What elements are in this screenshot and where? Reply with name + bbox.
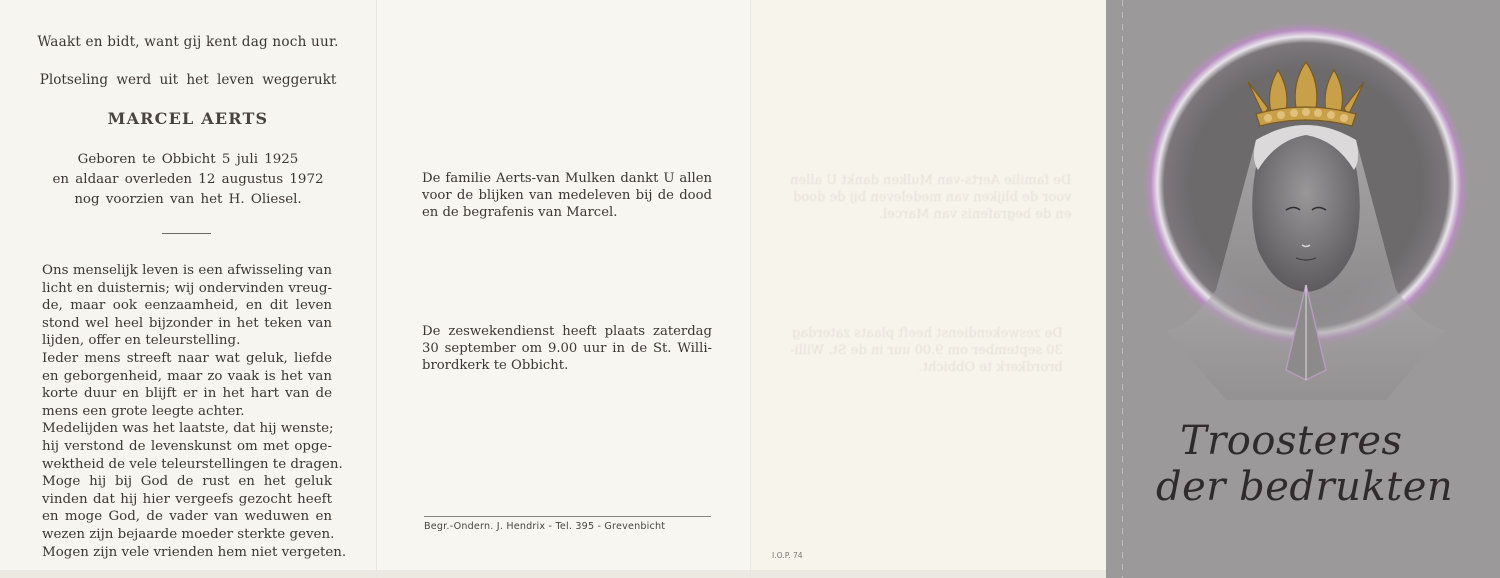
verse-line: hij verstond de levenskunst om met opge- (42, 438, 332, 456)
fold-line (376, 0, 377, 578)
service-line: 30 september om 9.00 uur in de St. Willi… (422, 340, 712, 357)
footer-rule (424, 516, 711, 517)
scan-edge (0, 570, 1106, 578)
verse-line: de, maar ook eenzaamheid, en dit leven (42, 297, 332, 315)
verse-line: wezen zijn bejaarde moeder sterkte geven… (42, 526, 332, 544)
verse-line: Medelijden was het laatste, dat hij wens… (42, 420, 332, 438)
verse-line: mens een grote leegte achter. (42, 403, 332, 421)
verse-line: licht en duisternis; wij ondervinden vre… (42, 280, 332, 298)
printer-mark: I.O.P. 74 (772, 551, 803, 560)
sacrament-line: nog voorzien van het H. Oliesel. (0, 190, 376, 210)
verse-line: korte duur en blijft er in het hart van … (42, 385, 332, 403)
verse-line: Mogen zijn vele vrienden hem niet verget… (42, 544, 332, 562)
verse-line: vinden dat hij hier vergeefs gezocht hee… (42, 491, 332, 509)
verse-line: stond wel heel bijzonder in het teken va… (42, 315, 332, 333)
service-line: De zeswekendienst heeft plaats zaterdag (422, 323, 712, 340)
service-line: brordkerk te Obbicht. (422, 357, 712, 374)
family-thanks: De familie Aerts-van Mulken dankt U alle… (422, 170, 712, 222)
divider-rule (162, 233, 211, 234)
thanks-line: en de begrafenis van Marcel. (422, 204, 712, 221)
verse-line: Ons menselijk leven is een afwisseling v… (42, 262, 332, 280)
thanks-line: voor de blijken van medeleven bij de doo… (422, 187, 712, 204)
show-through-text: De familie Aerts-van Mulken dankt U alle… (790, 172, 1071, 223)
undertaker-footer: Begr.-Ondern. J. Hendrix - Tel. 395 - Gr… (424, 521, 711, 532)
fold-line (750, 0, 751, 578)
card-back-panel (750, 0, 1106, 578)
card-inner-right-panel (376, 0, 750, 578)
show-through-text: De zeswekendienst heeft plaats zaterdag … (790, 325, 1063, 376)
cover-title: Troosteres der bedrukten (1150, 418, 1490, 510)
life-dates: Geboren te Obbicht 5 juli 1925 en aldaar… (0, 150, 376, 210)
death-line: en aldaar overleden 12 augustus 1972 (0, 170, 376, 190)
deceased-name: MARCEL AERTS (0, 109, 376, 128)
memorial-verse: Ons menselijk leven is een afwisseling v… (42, 262, 332, 561)
verse-line: Moge hij bij God de rust en het geluk (42, 473, 332, 491)
card-inner-left-panel: Waakt en bidt, want gij kent dag noch uu… (0, 0, 376, 578)
cover-crease (1122, 0, 1123, 578)
memorial-service-notice: De zeswekendienst heeft plaats zaterdag … (422, 323, 712, 375)
thanks-line: De familie Aerts-van Mulken dankt U alle… (422, 170, 712, 187)
intro-text: Plotseling werd uit het leven weggerukt (0, 72, 376, 88)
cover-title-line: Troosteres (1150, 418, 1490, 464)
verse-line: en geborgenheid, maar zo vaak is het van (42, 368, 332, 386)
cover-title-line: der bedrukten (1150, 464, 1490, 510)
birth-line: Geboren te Obbicht 5 juli 1925 (0, 150, 376, 170)
motto-text: Waakt en bidt, want gij kent dag noch uu… (0, 34, 376, 50)
verse-line: Ieder mens streeft naar wat geluk, liefd… (42, 350, 332, 368)
verse-line: en moge God, de vader van weduwen en (42, 508, 332, 526)
verse-line: wektheid de vele teleurstellingen te dra… (42, 456, 332, 474)
verse-line: lijden, offer en teleurstelling. (42, 332, 332, 350)
crowned-madonna-praying-icon (1106, 0, 1500, 400)
